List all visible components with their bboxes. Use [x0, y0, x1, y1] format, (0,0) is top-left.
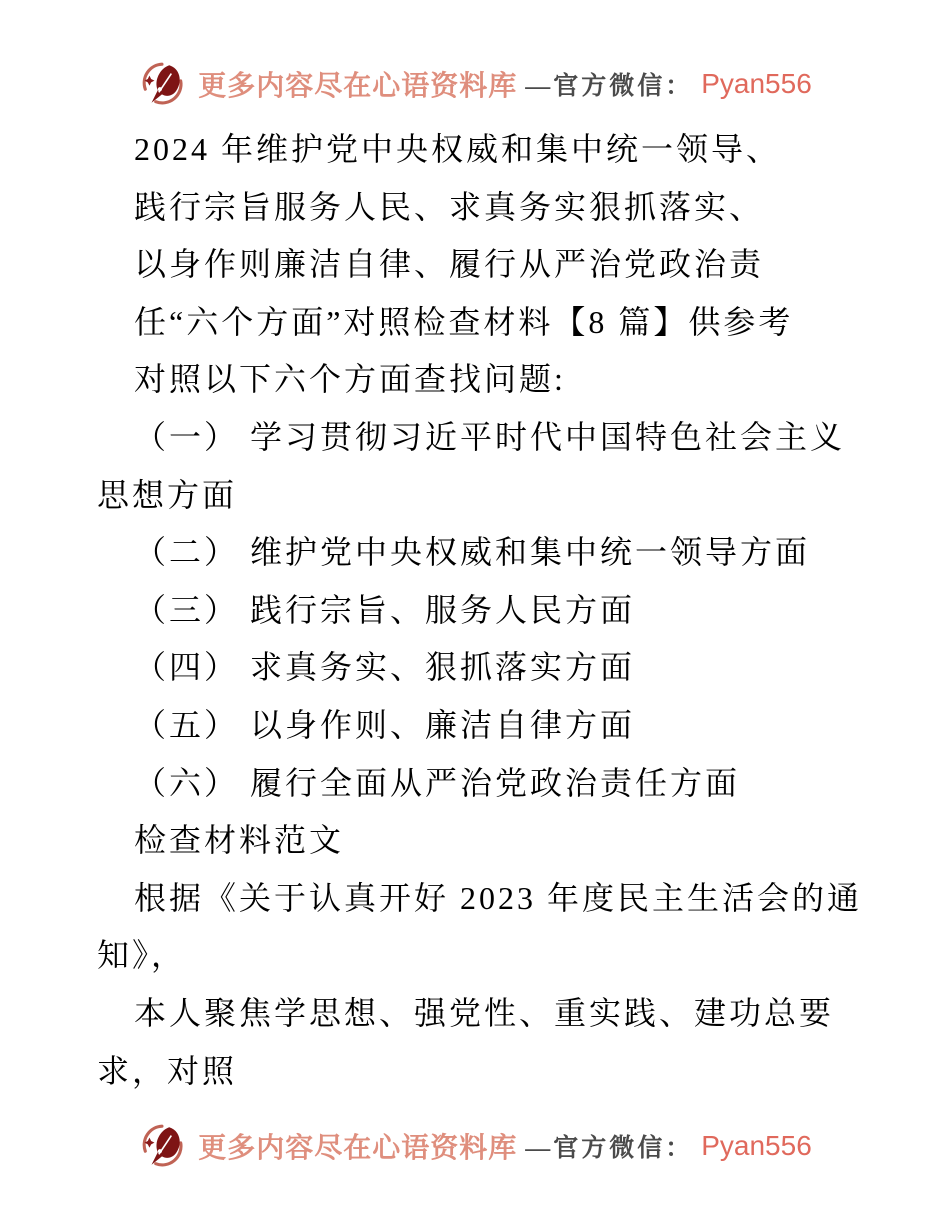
document-page: 更多内容尽在心语资料库 —官方微信： Pyan556 2024 年维护党中央权威… [0, 0, 950, 1230]
text-line: （三） 践行宗旨、服务人民方面 [97, 582, 872, 640]
watermark-brand-text: 更多内容尽在心语资料库 [198, 1126, 517, 1166]
document-body: 2024 年维护党中央权威和集中统一领导、 践行宗旨服务人民、求真务实狠抓落实、… [97, 121, 872, 1100]
text-line: 思想方面 [97, 467, 872, 525]
footer-watermark: 更多内容尽在心语资料库 —官方微信： Pyan556 [0, 1120, 950, 1172]
text-line: （四） 求真务实、狠抓落实方面 [97, 639, 872, 697]
text-line: （一） 学习贯彻习近平时代中国特色社会主义 [97, 409, 872, 467]
watermark-separator-text: —官方微信： [525, 1128, 693, 1164]
watermark-brand-text: 更多内容尽在心语资料库 [198, 64, 517, 104]
watermark-separator-text: —官方微信： [525, 66, 693, 102]
text-line: （六） 履行全面从严治党政治责任方面 [97, 755, 872, 813]
text-line: （五） 以身作则、廉洁自律方面 [97, 697, 872, 755]
text-line: 以身作则廉洁自律、履行从严治党政治责 [97, 236, 872, 294]
pen-circle-logo-icon [138, 1120, 188, 1172]
pen-circle-logo-icon [138, 58, 188, 110]
text-line: 任“六个方面”对照检查材料【8 篇】供参考 [97, 294, 872, 352]
text-line: 本人聚焦学思想、强党性、重实践、建功总要 [97, 985, 872, 1043]
text-line: 求，对照 [97, 1043, 872, 1101]
header-watermark: 更多内容尽在心语资料库 —官方微信： Pyan556 [0, 58, 950, 110]
watermark-wechat-id: Pyan556 [701, 1130, 812, 1162]
text-line: 检查材料范文 [97, 812, 872, 870]
text-line: 2024 年维护党中央权威和集中统一领导、 [97, 121, 872, 179]
text-line: 知》， [97, 927, 872, 985]
text-line: （二） 维护党中央权威和集中统一领导方面 [97, 524, 872, 582]
text-line: 践行宗旨服务人民、求真务实狠抓落实、 [97, 179, 872, 237]
text-line: 根据《关于认真开好 2023 年度民主生活会的通 [97, 870, 872, 928]
watermark-wechat-id: Pyan556 [701, 68, 812, 100]
text-line: 对照以下六个方面查找问题: [97, 351, 872, 409]
